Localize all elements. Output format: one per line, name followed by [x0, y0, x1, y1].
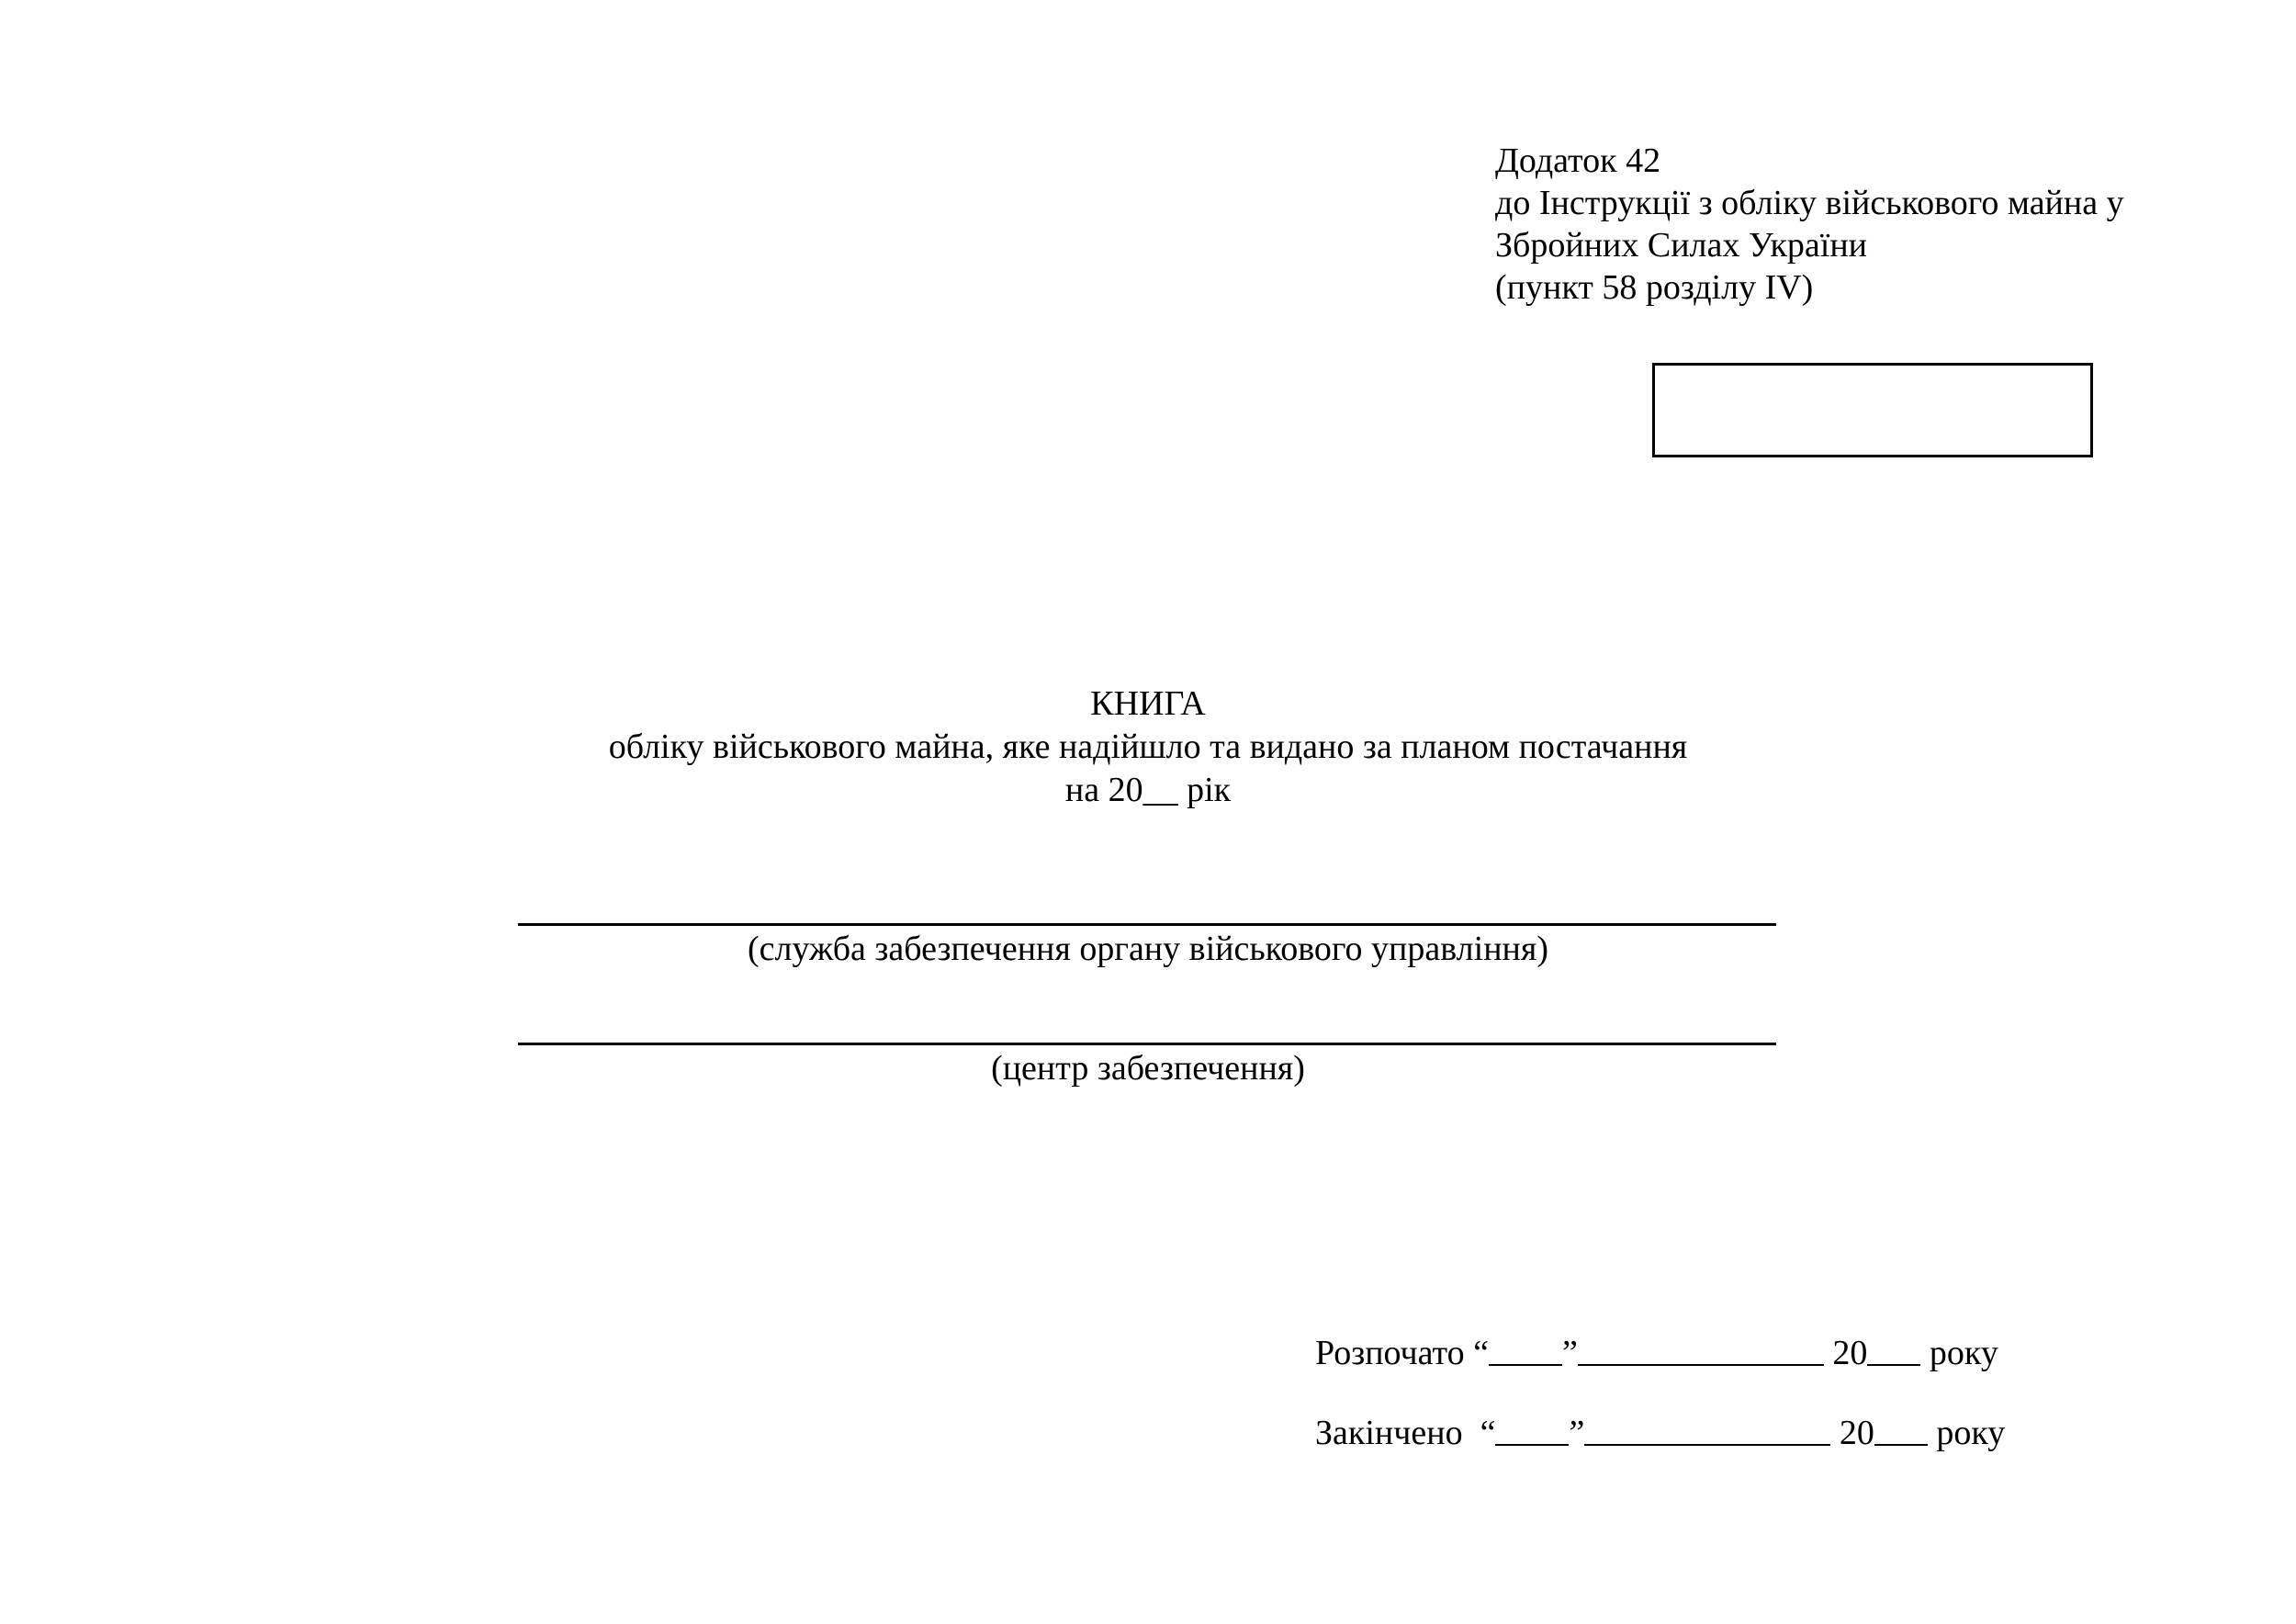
started-close-quote: ” — [1562, 1334, 1578, 1372]
started-year-field[interactable] — [1867, 1336, 1920, 1366]
title-subtitle: обліку військового майна, яке надійшло т… — [0, 725, 2296, 770]
started-date-line: Розпочато “” 20 року — [1315, 1332, 1998, 1374]
appendix-armed-forces-line: Збройних Силах України — [1495, 224, 2124, 266]
book-title: КНИГА обліку військового майна, яке наді… — [0, 682, 2296, 810]
supply-center-field[interactable] — [518, 1043, 1776, 1045]
finished-label: Закінчено — [1315, 1414, 1463, 1452]
supply-service-caption: (служба забезпечення органу військового … — [0, 928, 2296, 970]
finished-close-quote: ” — [1569, 1414, 1584, 1452]
started-label: Розпочато — [1315, 1334, 1465, 1372]
finished-unit: року — [1936, 1414, 2005, 1452]
finished-open-quote: “ — [1480, 1414, 1496, 1452]
started-year-prefix: 20 — [1832, 1334, 1867, 1372]
started-day-field[interactable] — [1489, 1336, 1562, 1366]
finished-date-line: Закінчено “” 20 року — [1315, 1412, 2005, 1454]
supply-service-field[interactable] — [518, 923, 1776, 926]
finished-month-field[interactable] — [1584, 1416, 1830, 1446]
document-page: Додаток 42 до Інструкції з обліку військ… — [0, 0, 2296, 1624]
appendix-instruction-line: до Інструкції з обліку військового майна… — [1495, 182, 2124, 224]
appendix-number: Додаток 42 — [1495, 140, 2124, 182]
appendix-reference: Додаток 42 до Інструкції з обліку військ… — [1495, 140, 2124, 309]
started-open-quote: “ — [1473, 1334, 1489, 1372]
started-unit: року — [1930, 1334, 1998, 1372]
finished-day-field[interactable] — [1495, 1416, 1569, 1446]
title-heading: КНИГА — [0, 682, 2296, 725]
appendix-clause-line: (пункт 58 розділу IV) — [1495, 266, 2124, 309]
registration-number-box[interactable] — [1652, 363, 2093, 457]
title-year-line: на 20__ рік — [0, 770, 2296, 810]
finished-year-field[interactable] — [1874, 1416, 1928, 1446]
supply-center-caption: (центр забезпечення) — [0, 1047, 2296, 1089]
finished-year-prefix: 20 — [1840, 1414, 1874, 1452]
started-month-field[interactable] — [1578, 1336, 1824, 1366]
